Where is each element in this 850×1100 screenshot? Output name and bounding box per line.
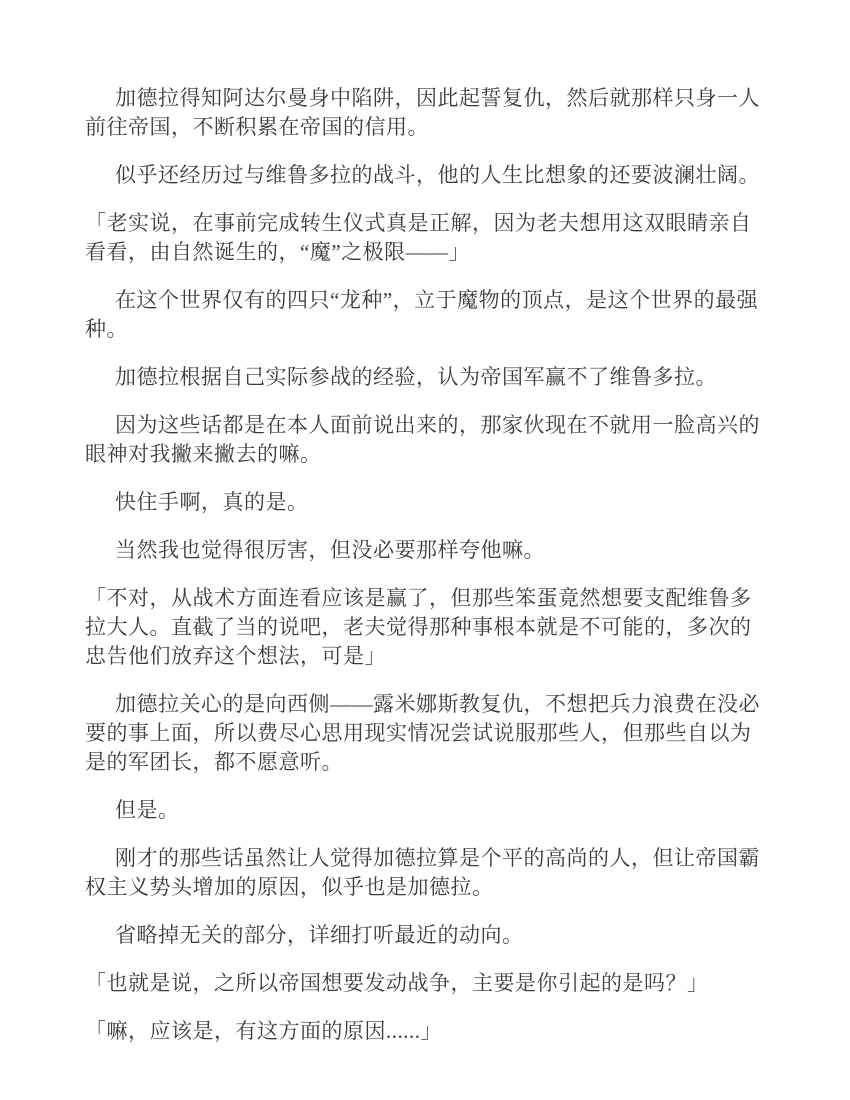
paragraph-2: 似乎还经历过与维鲁多拉的战斗，他的人生比想象的还要波澜壮阔。 — [85, 161, 766, 190]
paragraph-1: 加德拉得知阿达尔曼身中陷阱，因此起誓复仇，然后就那样只身一人前往帝国，不断积累在… — [85, 84, 766, 142]
paragraph-12: 刚才的那些话虽然让人觉得加德拉算是个平的高尚的人，但让帝国霸权主义势头增加的原因… — [85, 844, 766, 902]
paragraph-8: 当然我也觉得很厉害，但没必要那样夸他嘛。 — [85, 536, 766, 565]
paragraph-11: 但是。 — [85, 796, 766, 825]
paragraph-13: 省略掉无关的部分，详细打听最近的动向。 — [85, 921, 766, 950]
paragraph-15: 「嘛，应该是，有这方面的原因......」 — [85, 1017, 766, 1046]
paragraph-5: 加德拉根据自己实际参战的经验，认为帝国军赢不了维鲁多拉。 — [85, 363, 766, 392]
paragraph-6: 因为这些话都是在本人面前说出来的，那家伙现在不就用一脸高兴的眼神对我撇来撇去的嘛… — [85, 411, 766, 469]
document-page: 加德拉得知阿达尔曼身中陷阱，因此起誓复仇，然后就那样只身一人前往帝国，不断积累在… — [0, 0, 850, 1100]
paragraph-14: 「也就是说，之所以帝国想要发动战争，主要是你引起的是吗？」 — [85, 969, 766, 998]
paragraph-7: 快住手啊，真的是。 — [85, 488, 766, 517]
paragraph-10: 加德拉关心的是向西侧——露米娜斯教复仇，不想把兵力浪费在没必要的事上面，所以费尽… — [85, 690, 766, 777]
paragraph-4: 在这个世界仅有的四只“龙种”，立于魔物的顶点，是这个世界的最强种。 — [85, 286, 766, 344]
paragraph-9: 「不对，从战术方面连看应该是赢了，但那些笨蛋竟然想要支配维鲁多拉大人。直截了当的… — [85, 584, 766, 671]
paragraph-3: 「老实说，在事前完成转生仪式真是正解，因为老夫想用这双眼睛亲自看看，由自然诞生的… — [85, 209, 766, 267]
document-content: 加德拉得知阿达尔曼身中陷阱，因此起誓复仇，然后就那样只身一人前往帝国，不断积累在… — [0, 0, 850, 1046]
